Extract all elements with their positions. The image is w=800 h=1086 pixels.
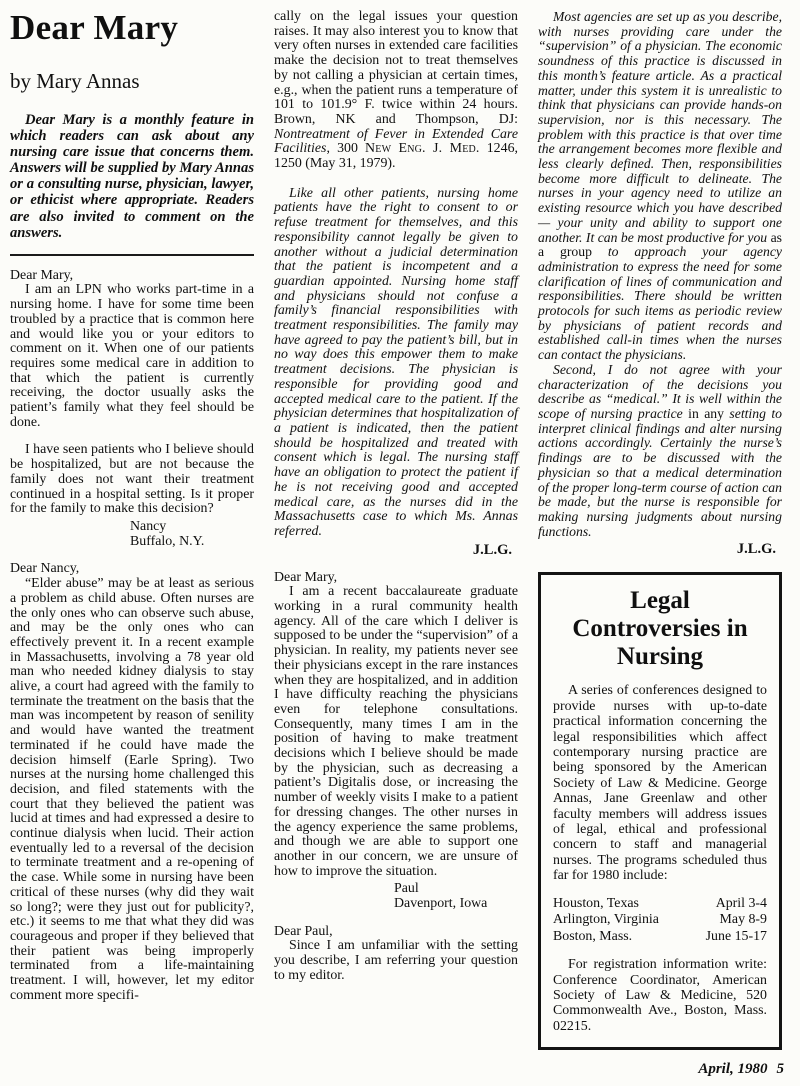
- reply2-salutation: Dear Paul,: [274, 925, 518, 940]
- registration-info: For registration information write: Conf…: [553, 957, 767, 1034]
- page-footer: April, 19805: [698, 1061, 784, 1078]
- notice-body: A series of conferences designed to prov…: [553, 683, 767, 883]
- reply2-paragraph: Since I am unfamiliar with the setting y…: [274, 939, 518, 983]
- editor-initials: J.L.G.: [274, 543, 512, 558]
- page-title: Dear Mary: [10, 10, 254, 45]
- left-column: Dear Mary by Mary Annas Dear Mary is a m…: [10, 10, 254, 1078]
- magazine-page: Dear Mary by Mary Annas Dear Mary is a m…: [0, 0, 800, 1086]
- editor-reply-paragraph-2: Second, I do not agree with your charact…: [538, 363, 782, 539]
- schedule-location: Arlington, Virginia: [553, 912, 659, 929]
- middle-column: cally on the legal issues your question …: [274, 10, 518, 1078]
- schedule-row: Arlington, Virginia May 8-9: [553, 912, 767, 929]
- letter2-paragraph: I am a recent baccalaureate graduate wor…: [274, 585, 518, 879]
- letter2-salutation: Dear Mary,: [274, 571, 518, 586]
- schedule-date: May 8-9: [720, 912, 767, 929]
- reply1-continuation: cally on the legal issues your question …: [274, 10, 518, 172]
- intro-paragraph: Dear Mary is a monthly feature in which …: [10, 112, 254, 241]
- signer-place: Buffalo, N.Y.: [130, 535, 254, 550]
- schedule-row: Boston, Mass. June 15-17: [553, 929, 767, 946]
- signer-name: Paul: [394, 882, 518, 897]
- editor-initials: J.L.G.: [538, 542, 776, 557]
- letter1-salutation: Dear Mary,: [10, 269, 254, 284]
- letter2-signature: Paul Davenport, Iowa: [394, 882, 518, 911]
- schedule-date: June 15-17: [706, 929, 767, 946]
- schedule-row: Houston, Texas April 3-4: [553, 896, 767, 913]
- reply-text: to approach your agency administration t…: [538, 244, 782, 362]
- signer-name: Nancy: [130, 520, 254, 535]
- conference-notice-box: Legal Controversies in Nursing A series …: [538, 572, 782, 1050]
- footer-date: April, 1980: [698, 1061, 767, 1077]
- editor-reply-paragraph-1: Most agencies are set up as you describe…: [538, 10, 782, 363]
- citation-journal: New Eng. J. Med.: [365, 141, 480, 156]
- conference-schedule: Houston, Texas April 3-4 Arlington, Virg…: [553, 896, 767, 946]
- schedule-location: Houston, Texas: [553, 896, 639, 913]
- editor-reply-paragraph: Like all other patients, nursing home pa…: [274, 187, 518, 540]
- footer-page-number: 5: [777, 1061, 785, 1077]
- notice-title: Legal Controversies in Nursing: [553, 587, 767, 671]
- schedule-location: Boston, Mass.: [553, 929, 632, 946]
- reply-text: setting to interpret clinical findings a…: [538, 406, 782, 539]
- continuation-text: cally on the legal issues your question …: [274, 9, 518, 127]
- citation-volume: , 300: [326, 141, 365, 156]
- reply-text: Most agencies are set up as you describe…: [538, 9, 782, 245]
- byline: by Mary Annas: [10, 69, 254, 94]
- section-divider: [10, 254, 254, 256]
- emphasized-roman-text: in any: [688, 406, 724, 421]
- letter1-paragraph-2: I have seen patients who I believe shoul…: [10, 443, 254, 517]
- reply1-paragraph: “Elder abuse” may be at least as serious…: [10, 577, 254, 1003]
- right-column: Most agencies are set up as you describe…: [538, 10, 782, 1078]
- schedule-date: April 3-4: [716, 896, 767, 913]
- letter1-signature: Nancy Buffalo, N.Y.: [130, 520, 254, 549]
- reply1-salutation: Dear Nancy,: [10, 562, 254, 577]
- signer-place: Davenport, Iowa: [394, 897, 518, 912]
- letter1-paragraph-1: I am an LPN who works part-time in a nur…: [10, 283, 254, 430]
